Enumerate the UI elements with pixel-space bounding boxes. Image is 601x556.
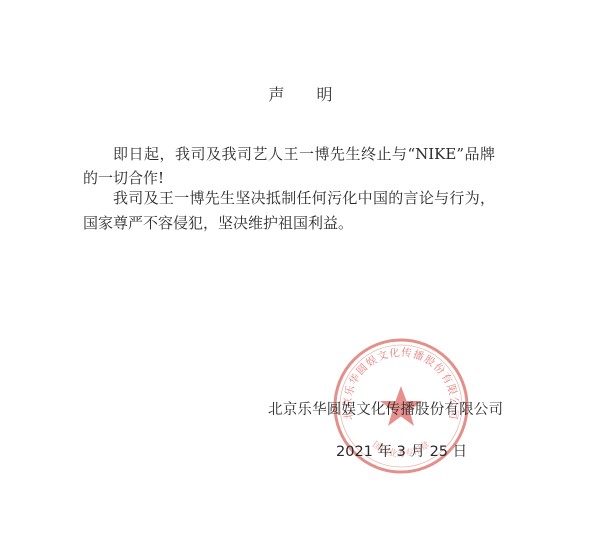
statement-date: 2021 年 3 月 25 日	[336, 440, 467, 461]
paragraph-stance: 我司及王一博先生坚决抵制任何污化中国的言论与行为，国家尊严不容侵犯，坚决维护祖国…	[83, 186, 495, 236]
title-char-1: 声	[268, 82, 284, 105]
company-name: 北京乐华圆娱文化传播股份有限公司	[268, 398, 503, 419]
title-char-2: 明	[317, 82, 333, 105]
document-title: 声明	[0, 82, 601, 105]
paragraph-termination: 即日起，我司及我司艺人王一博先生终止与“NIKE”品牌的一切合作!	[83, 142, 495, 190]
